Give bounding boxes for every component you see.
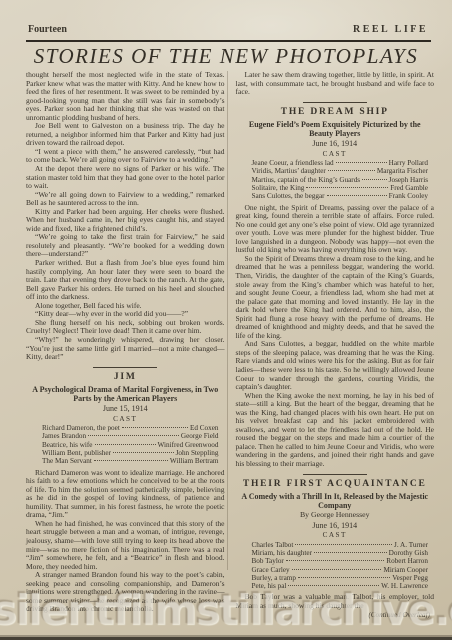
body-paragraph: Joe Bell went to Galveston on a business… (26, 122, 225, 148)
dot-leader (298, 577, 390, 578)
story-subtitle: A Psychological Drama of Marital Forgive… (30, 385, 221, 403)
cast-role: Sans Culottes, the beggar (252, 192, 325, 200)
release-date: June 15, 1914 (26, 405, 225, 414)
dot-leader (327, 195, 387, 196)
body-paragraph: “We’re all going down to Fairview to a w… (26, 191, 225, 208)
cast-actor: Joseph Harris (389, 176, 428, 184)
section-divider (303, 102, 367, 103)
cast-row: Richard Dameron, the poetEd Coxen (42, 424, 219, 432)
cast-row: Solitaire, the KingFred Gamble (252, 184, 429, 192)
dot-leader (286, 560, 384, 561)
cast-role: Viridis, Martius’ daughter (252, 167, 326, 175)
cast-label: CAST (26, 415, 225, 424)
dot-leader (94, 460, 168, 461)
cast-role: Burley, a tramp (252, 574, 296, 582)
story-section-dream-ship: THE DREAM SHIP Eugene Field’s Poem Exqui… (236, 102, 435, 201)
cast-row: Miriam, his daughterDorothy Gish (252, 549, 429, 557)
cast-actor: Ed Coxen (190, 424, 219, 432)
cast-label: CAST (236, 531, 435, 540)
cast-row: James BrandonGeorge Field (42, 432, 219, 440)
section-heading: THEIR FIRST ACQUAINTANCE A Comedy with a… (236, 479, 435, 540)
dot-leader (336, 162, 387, 163)
cast-actor: W. H. Lawrence (381, 582, 428, 590)
running-head: Fourteen REEL LIFE (28, 24, 428, 35)
body-paragraph: When he had finished, he was convinced t… (26, 520, 225, 571)
left-column: thought herself the most neglected wife … (26, 71, 225, 622)
cast-row: Bob TaylorRobert Harron (252, 557, 429, 565)
cast-label: CAST (236, 150, 435, 159)
story-section-jim: JIM A Psychological Drama of Marital For… (26, 367, 225, 466)
dot-leader (314, 552, 387, 553)
cast-role: Jeane Coeur, a friendless lad (252, 159, 334, 167)
cast-actor: Miriam Cooper (383, 566, 428, 574)
body-paragraph: One night, the Spirit of Dreams, passing… (236, 204, 435, 255)
story-title: THEIR FIRST ACQUAINTANCE (236, 479, 435, 490)
story-subtitle: A Comedy with a Thrill In It, Released b… (240, 492, 431, 510)
body-paragraph: thought herself the most neglected wife … (26, 71, 225, 122)
cast-role: Beatrice, his wife (42, 441, 93, 449)
cast-role: Grace Carley (252, 566, 290, 574)
cast-actor: Harry Pollard (389, 159, 428, 167)
cast-row: William Bent, publisherJohn Steppling (42, 449, 219, 457)
cast-role: Martius, captain of the King’s Guards (252, 176, 361, 184)
cast-row: Burley, a trampVesper Pegg (252, 574, 429, 582)
header-rule (26, 40, 431, 42)
cast-actor: George Field (181, 432, 219, 440)
cast-role: Bob Taylor (252, 557, 284, 565)
dot-leader (95, 444, 156, 445)
cast-actor: William Bertram (170, 457, 219, 465)
cast-row: Charles TalbotJ. A. Turner (252, 541, 429, 549)
cast-actor: Winifred Greenwood (158, 441, 219, 449)
cast-actor: Robert Harron (386, 557, 428, 565)
dot-leader (362, 179, 387, 180)
body-paragraph: “I went a piece with them,” he answered … (26, 148, 225, 165)
body-paragraph: So the Spirit of Dreams threw a dream ro… (236, 255, 435, 340)
body-paragraph: Bob Taylor was a valuable man. Talbot, h… (236, 593, 435, 610)
cast-list: Charles TalbotJ. A. Turner Miriam, his d… (252, 541, 429, 591)
body-paragraph: Richard Dameron was wont to idealize mar… (26, 469, 225, 520)
story-section-their-first-acquaintance: THEIR FIRST ACQUAINTANCE A Comedy with a… (236, 474, 435, 591)
cast-row: Viridis, Martius’ daughterMargarita Fisc… (252, 167, 429, 175)
story-title: THE DREAM SHIP (236, 107, 435, 118)
section-heading: THE DREAM SHIP Eugene Field’s Poem Exqui… (236, 107, 435, 159)
story-title: JIM (26, 372, 225, 383)
dot-leader (88, 435, 179, 436)
cast-row: The Man ServantWilliam Bertram (42, 457, 219, 465)
body-paragraph: When the King awoke the next morning, he… (236, 392, 435, 469)
cast-row: Sans Culottes, the beggarFrank Cooley (252, 192, 429, 200)
body-paragraph: Parker writhed. But a flash from Joe’s b… (26, 259, 225, 302)
cast-actor: Frank Cooley (389, 192, 428, 200)
dot-leader (306, 187, 388, 188)
dot-leader (113, 452, 174, 453)
body-paragraph: A stranger named Brandon found his way t… (26, 571, 225, 614)
cast-role: Miriam, his daughter (252, 549, 312, 557)
cast-role: Richard Dameron, the poet (42, 424, 120, 432)
two-column-body: thought herself the most neglected wife … (26, 71, 434, 622)
dot-leader (122, 427, 188, 428)
body-paragraph: Kitty and Parker had been arguing. Her c… (26, 208, 225, 234)
dot-leader (288, 585, 379, 586)
cast-actor: Margarita Fischer (377, 167, 428, 175)
section-heading: JIM A Psychological Drama of Marital For… (26, 372, 225, 424)
cast-role: The Man Servant (42, 457, 92, 465)
dot-leader (328, 170, 375, 171)
cast-actor: Dorothy Gish (389, 549, 428, 557)
body-paragraph: And Sans Culottes, a beggar, huddled on … (236, 340, 435, 391)
cast-actor: Vesper Pegg (392, 574, 428, 582)
cast-row: Grace CarleyMiriam Cooper (252, 566, 429, 574)
cast-row: Jeane Coeur, a friendless ladHarry Polla… (252, 159, 429, 167)
body-paragraph: “We’re going to take the first train for… (26, 233, 225, 259)
release-date: June 16, 1914 (236, 522, 435, 531)
cast-role: William Bent, publisher (42, 449, 111, 457)
release-date: June 16, 1914 (236, 140, 435, 149)
body-paragraph: At the depot there were no signs of Park… (26, 165, 225, 191)
section-divider (303, 474, 367, 475)
body-paragraph: She flung herself on his neck, sobbing o… (26, 319, 225, 336)
cast-role: Pete, his pal (252, 582, 287, 590)
cast-actor: Fred Gamble (390, 184, 428, 192)
cast-actor: J. A. Turner (394, 541, 428, 549)
cast-list: Richard Dameron, the poetEd Coxen James … (42, 424, 219, 465)
body-paragraph: Later he saw them drawing together, litt… (236, 71, 435, 97)
publication-title: REEL LIFE (353, 24, 428, 35)
page-number: Fourteen (28, 24, 67, 35)
body-paragraph: “Why!” he wonderingly whispered, drawing… (26, 336, 225, 362)
cast-row: Martius, captain of the King’s GuardsJos… (252, 176, 429, 184)
magazine-page: Fourteen REEL LIFE STORIES OF THE NEW PH… (0, 0, 452, 640)
dot-leader (295, 544, 392, 545)
cast-role: Solitaire, the King (252, 184, 305, 192)
cast-list: Jeane Coeur, a friendless ladHarry Polla… (252, 159, 429, 200)
section-divider (93, 367, 157, 368)
page-title: STORIES OF THE NEW PHOTOPLAYS (0, 44, 452, 69)
story-byline: By George Hennessey (236, 511, 435, 520)
cast-actor: John Steppling (176, 449, 219, 457)
cast-row: Beatrice, his wifeWinifred Greenwood (42, 441, 219, 449)
cast-role: Charles Talbot (252, 541, 294, 549)
cast-row: Pete, his palW. H. Lawrence (252, 582, 429, 590)
right-column: Later he saw them drawing together, litt… (236, 71, 435, 622)
cast-role: James Brandon (42, 432, 86, 440)
dot-leader (292, 569, 382, 570)
continued-note: (Continued Overleaf) (236, 611, 435, 620)
story-subtitle: Eugene Field’s Poem Exquisitely Picturiz… (240, 120, 431, 138)
